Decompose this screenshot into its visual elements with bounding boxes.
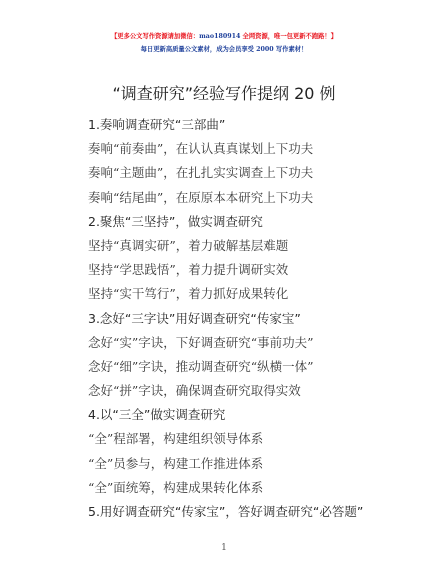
promo-banner-line2: 每日更新高质量公文素材，成为会员享受 2000 写作素材！ — [0, 44, 448, 53]
section-heading: 1.奏响调查研究“三部曲” — [88, 113, 363, 137]
page-number: 1 — [0, 543, 448, 553]
document-body: 1.奏响调查研究“三部曲” 奏响“前奏曲”，在认认真真谋划上下功夫 奏响“主题曲… — [88, 113, 363, 524]
section-heading: 2.聚焦“三坚持”，做实调查研究 — [88, 210, 363, 234]
body-line: 坚持“学思践悟”，着力提升调研实效 — [88, 258, 363, 282]
body-line: “全”员参与，构建工作推进体系 — [88, 452, 363, 476]
body-line: 奏响“主题曲”，在扎扎实实调查上下功夫 — [88, 161, 363, 185]
document-title: “调查研究”经验写作提纲 20 例 — [0, 81, 448, 104]
body-line: 念好“细”字诀，推动调查研究“纵横一体” — [88, 355, 363, 379]
body-line: 坚持“真调实研”，着力破解基层难题 — [88, 234, 363, 258]
section-heading: 4.以“三全”做实调查研究 — [88, 403, 363, 427]
promo-prefix: 【更多公文写作资源请加微信： — [111, 33, 199, 40]
body-line: 念好“实”字诀，下好调查研究“事前功夫” — [88, 331, 363, 355]
body-line: “全”面统筹，构建成果转化体系 — [88, 476, 363, 500]
section-heading: 3.念好“三字诀”用好调查研究“传家宝” — [88, 307, 363, 331]
promo-wechat-id: mao180914 — [199, 33, 240, 40]
promo-banner-line1: 【更多公文写作资源请加微信：mao180914 全网资源，唯一包更新不跑路！】 — [0, 31, 448, 40]
body-line: 奏响“前奏曲”，在认认真真谋划上下功夫 — [88, 137, 363, 161]
body-line: 奏响“结尾曲”，在原原本本研究上下功夫 — [88, 186, 363, 210]
section-heading: 5.用好调查研究“传家宝”，答好调查研究“必答题” — [88, 500, 363, 524]
body-line: 念好“拼”字诀，确保调查研究取得实效 — [88, 379, 363, 403]
promo-suffix: 全网资源，唯一包更新不跑路！】 — [240, 33, 337, 40]
body-line: 坚持“实干笃行”，着力抓好成果转化 — [88, 282, 363, 306]
body-line: “全”程部署，构建组织领导体系 — [88, 427, 363, 451]
